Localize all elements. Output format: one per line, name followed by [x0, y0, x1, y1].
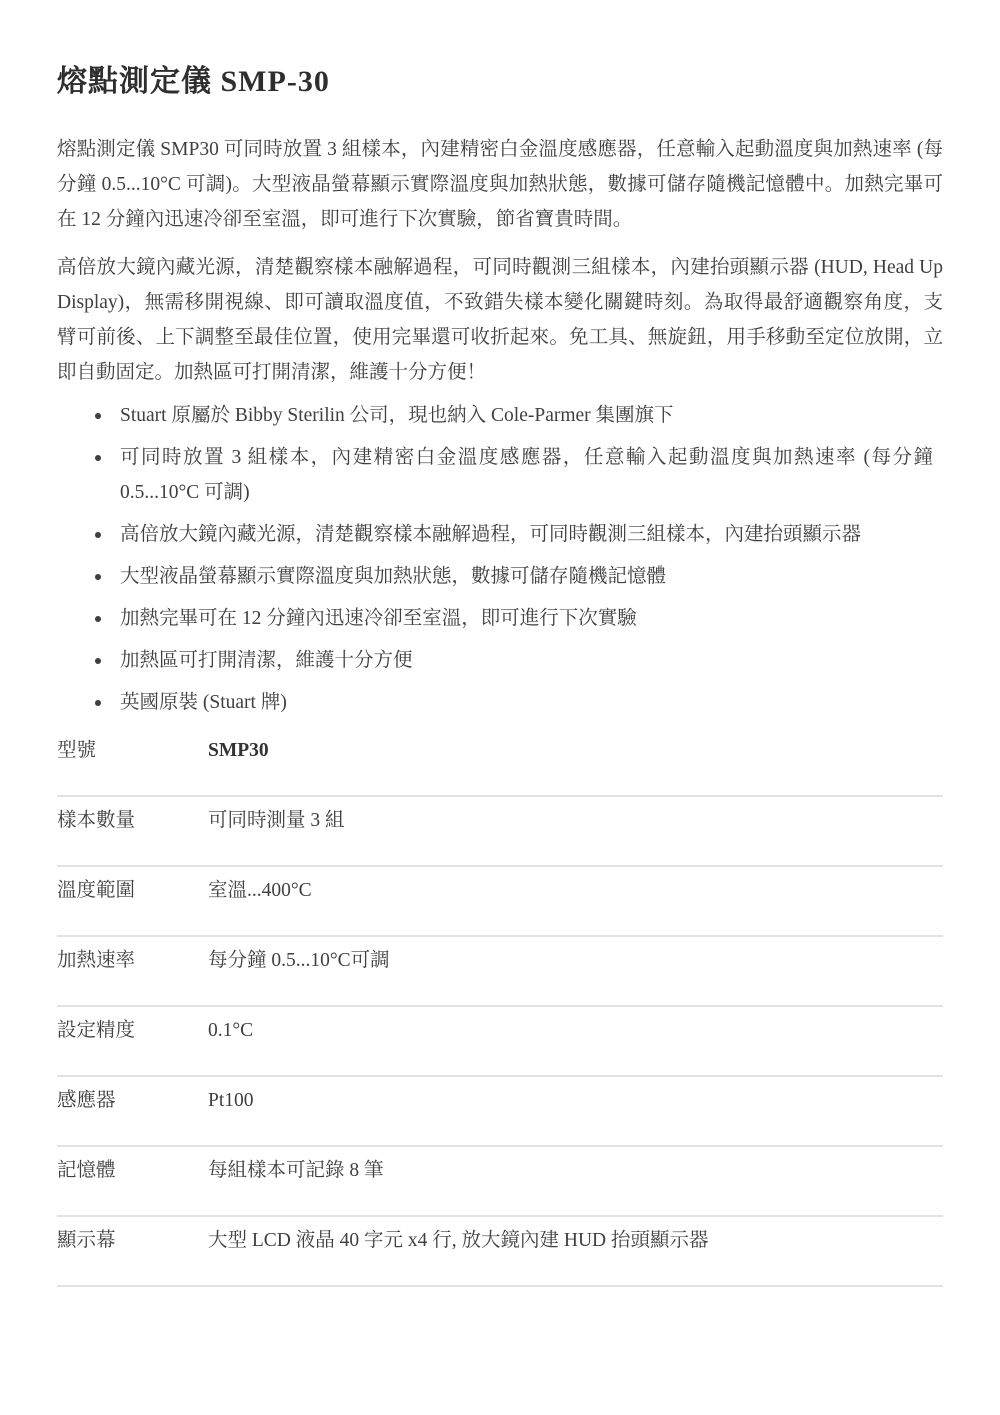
list-item-text: 可同時放置 3 組樣本，內建精密白金溫度感應器，任意輸入起動溫度與加熱速率 (每… — [120, 447, 933, 503]
list-item: 高倍放大鏡內藏光源，清楚觀察樣本融解過程，可同時觀測三組樣本，內建抬頭顯示器 — [57, 517, 943, 552]
bullet-dot-icon — [95, 574, 101, 580]
spec-value: SMP30 — [208, 738, 943, 764]
list-item-text: 高倍放大鏡內藏光源，清楚觀察樣本融解過程，可同時觀測三組樣本，內建抬頭顯示器 — [120, 524, 861, 545]
table-row: 樣本數量可同時測量 3 組 — [57, 797, 943, 867]
list-item: 大型液晶螢幕顯示實際溫度與加熱狀態，數據可儲存隨機記憶體 — [57, 559, 943, 594]
spec-label: 溫度範圍 — [57, 878, 208, 904]
spec-value: 0.1°C — [208, 1018, 943, 1044]
table-row: 顯示幕大型 LCD 液晶 40 字元 x4 行, 放大鏡內建 HUD 抬頭顯示器 — [57, 1217, 943, 1287]
spec-label: 加熱速率 — [57, 948, 208, 974]
list-item-text: 英國原裝 (Stuart 牌) — [120, 692, 287, 713]
list-item-text: 加熱完畢可在 12 分鐘內迅速冷卻至室溫，即可進行下次實驗 — [120, 608, 637, 629]
spec-value: 大型 LCD 液晶 40 字元 x4 行, 放大鏡內建 HUD 抬頭顯示器 — [208, 1228, 943, 1254]
list-item: 加熱完畢可在 12 分鐘內迅速冷卻至室溫，即可進行下次實驗 — [57, 601, 943, 636]
product-document-page: 熔點測定儀 SMP-30 熔點測定儀 SMP30 可同時放置 3 組樣本，內建精… — [0, 62, 1000, 1287]
spec-label: 感應器 — [57, 1088, 208, 1114]
bullet-dot-icon — [95, 616, 101, 622]
list-item: 加熱區可打開清潔，維護十分方便 — [57, 643, 943, 678]
spec-label: 記憶體 — [57, 1158, 208, 1184]
intro-paragraph: 熔點測定儀 SMP30 可同時放置 3 組樣本，內建精密白金溫度感應器，任意輸入… — [57, 132, 943, 237]
table-row: 溫度範圍室溫...400°C — [57, 867, 943, 937]
bullet-dot-icon — [95, 658, 101, 664]
list-item-text: Stuart 原屬於 Bibby Sterilin 公司，現也納入 Cole-P… — [120, 405, 674, 426]
spec-label: 樣本數量 — [57, 808, 208, 834]
spec-value: 每分鐘 0.5...10°C可調 — [208, 948, 943, 974]
table-row: 設定精度0.1°C — [57, 1007, 943, 1077]
spec-value: 可同時測量 3 組 — [208, 808, 943, 834]
spec-label: 設定精度 — [57, 1018, 208, 1044]
description-paragraph: 高倍放大鏡內藏光源，清楚觀察樣本融解過程，可同時觀測三組樣本，內建抬頭顯示器 (… — [57, 250, 943, 390]
bullet-dot-icon — [95, 700, 101, 706]
list-item: 英國原裝 (Stuart 牌) — [57, 685, 943, 720]
spec-value: 室溫...400°C — [208, 878, 943, 904]
spec-value: 每組樣本可記錄 8 筆 — [208, 1158, 943, 1184]
list-item: Stuart 原屬於 Bibby Sterilin 公司，現也納入 Cole-P… — [57, 398, 943, 433]
spec-table: 型號SMP30樣本數量可同時測量 3 組溫度範圍室溫...400°C加熱速率每分… — [57, 727, 943, 1287]
table-row: 加熱速率每分鐘 0.5...10°C可調 — [57, 937, 943, 1007]
spec-label: 型號 — [57, 738, 208, 764]
spec-label: 顯示幕 — [57, 1228, 208, 1254]
list-item-text: 加熱區可打開清潔，維護十分方便 — [120, 650, 413, 671]
list-item: 可同時放置 3 組樣本，內建精密白金溫度感應器，任意輸入起動溫度與加熱速率 (每… — [57, 440, 943, 510]
bullet-dot-icon — [95, 455, 101, 461]
table-row: 型號SMP30 — [57, 727, 943, 797]
list-item-text: 大型液晶螢幕顯示實際溫度與加熱狀態，數據可儲存隨機記憶體 — [120, 566, 666, 587]
table-row: 記憶體每組樣本可記錄 8 筆 — [57, 1147, 943, 1217]
bullet-dot-icon — [95, 532, 101, 538]
bullet-dot-icon — [95, 413, 101, 419]
page-title: 熔點測定儀 SMP-30 — [57, 62, 943, 102]
table-row: 感應器Pt100 — [57, 1077, 943, 1147]
feature-list: Stuart 原屬於 Bibby Sterilin 公司，現也納入 Cole-P… — [57, 398, 943, 720]
spec-value: Pt100 — [208, 1088, 943, 1114]
